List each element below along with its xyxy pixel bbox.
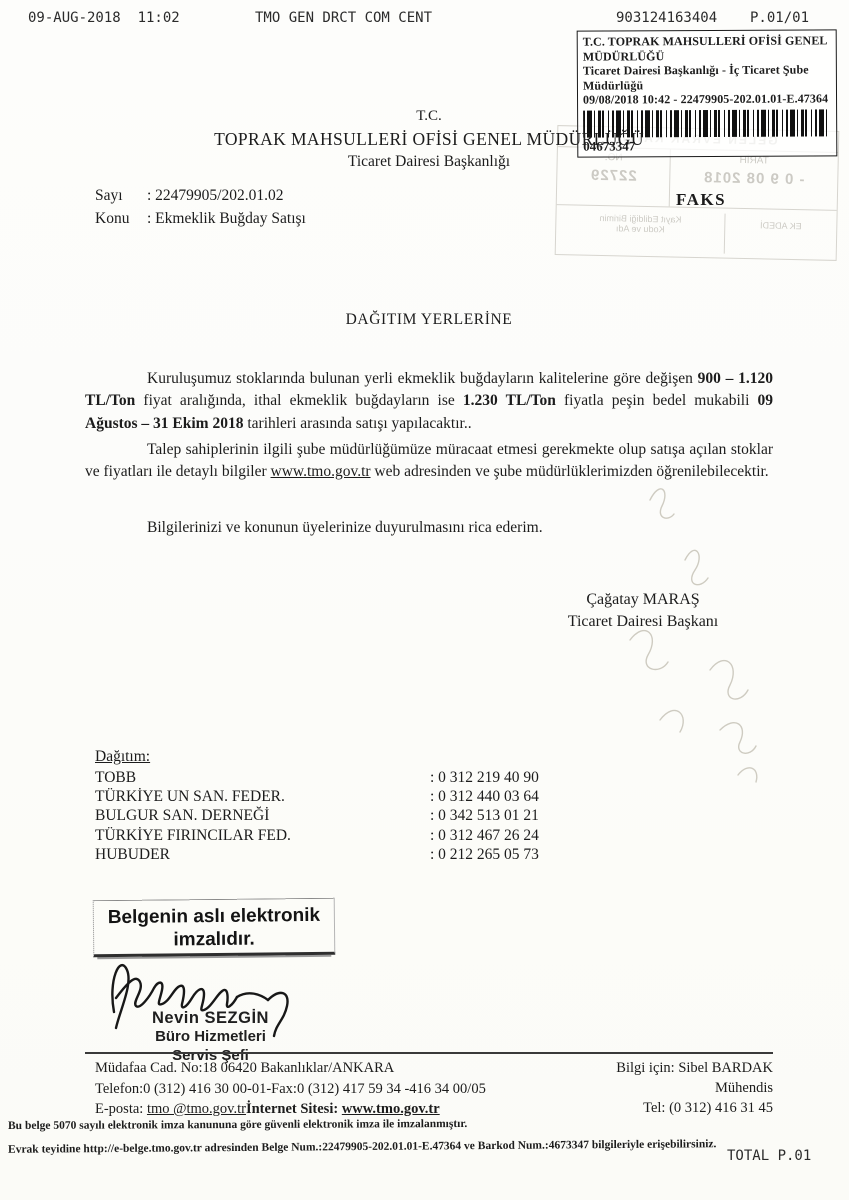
footer-email-line: E-posta: tmo @tmo.gov.trİnternet Sitesi:… [95,1099,486,1120]
footer-contact-person: Bilgi için: Sibel BARDAK [500,1058,773,1078]
faks-label: FAKS [676,190,726,210]
p1-text-2: fiyat aralığında, ithal ekmeklik buğdayl… [143,392,454,409]
recipient-name: HUBUDER [95,845,430,864]
recipient-phone: : 0 312 467 26 24 [430,826,539,845]
fax-sender-id: TMO GEN DRCT COM CENT [255,10,432,26]
distribution-row: BULGUR SAN. DERNEĞİ : 0 342 513 01 21 [95,806,539,825]
p1-text-1: Kuruluşumuz stoklarında bulunan yerli ek… [147,370,693,387]
distribution-row: TÜRKİYE UN SAN. FEDER. : 0 312 440 03 64 [95,787,539,806]
footer-contact-right: Bilgi için: Sibel BARDAK Mühendis Tel: (… [500,1058,773,1118]
letterhead-tc: T.C. [85,106,773,127]
fax-document-page: 09-AUG-2018 11:02 TMO GEN DRCT COM CENT … [0,0,849,1200]
konu-value: : Ekmeklik Buğday Satışı [147,207,306,230]
footer-site-link: www.tmo.gov.tr [342,1101,440,1117]
letterhead-org: TOPRAK MAHSULLERİ OFİSİ GENEL MÜDÜRLÜĞÜ [85,127,773,151]
sayi-value: : 22479905/202.01.02 [147,184,284,207]
distribution-list: Dağıtım: TOBB : 0 312 219 40 90 TÜRKİYE … [95,748,539,864]
konu-label: Konu [95,207,147,230]
letterhead-dept: Ticaret Dairesi Başkanlığı [85,151,773,173]
distribution-heading: Dağıtım: [95,748,539,766]
footer-phone: Telefon:0 (312) 416 30 00-01-Fax:0 (312)… [95,1079,486,1100]
recipient-phone: : 0 212 265 05 73 [430,845,539,864]
ghost-stamp-ek-cell: EK ADEDİ [724,214,837,256]
recipient-phone: : 0 342 513 01 21 [430,806,539,825]
clerk-block: Nevin SEZGİN Büro Hizmetleri Servis Şefi [118,1008,303,1065]
fax-number: 903124163404 [616,10,717,26]
recipient-name: TÜRKİYE UN SAN. FEDER. [95,787,430,806]
estamp-line1: Belgenin aslı elektronik [94,904,334,930]
footer-address: Müdafaa Cad. No:18 06420 Bakanlıklar/ANK… [95,1058,486,1079]
p1-text-3: fiyatla peşin bedel mukabili [564,392,749,409]
legal-note-2: Evrak teyidine http://e-belge.tmo.gov.tr… [8,1138,716,1156]
clerk-role1: Büro Hizmetleri [118,1028,303,1047]
fax-total-pages: TOTAL P.01 [727,1148,811,1164]
footer-divider [85,1052,773,1054]
fax-page-count: P.01/01 [750,10,809,26]
document-meta: Sayı : 22479905/202.01.02 Konu : Ekmekli… [95,184,306,230]
recipient-name: BULGUR SAN. DERNEĞİ [95,806,430,825]
p2-text-2: web adresinden ve şube müdürlüklerimizde… [374,463,768,480]
stamp-org-line: T.C. TOPRAK MAHSULLERİ OFİSİ GENEL MÜDÜR… [583,33,831,63]
letterhead: T.C. TOPRAK MAHSULLERİ OFİSİ GENEL MÜDÜR… [85,106,773,173]
footer-contact-left: Müdafaa Cad. No:18 06420 Bakanlıklar/ANK… [95,1058,486,1120]
paragraph-prices: Kuruluşumuz stoklarında bulunan yerli ek… [85,368,773,436]
paragraph-closing: Bilgilerinizi ve konunun üyelerinize duy… [85,517,773,540]
stamp-dept-line: Ticaret Dairesi Başkanlığı - İç Ticaret … [583,62,831,92]
ghost-stamp-birim-cell: Kayıt Edildiği Birimin Kodu ve Adı [556,210,725,254]
stamp-ref-line: 09/08/2018 10:42 - 22479905-202.01.01-E.… [583,91,831,107]
distribution-row: TÜRKİYE FIRINCILAR FED. : 0 312 467 26 2… [95,826,539,845]
footer-contact-title: Mühendis [500,1078,773,1098]
clerk-name: Nevin SEZGİN [118,1008,303,1028]
paragraph-application: Talep sahiplerinin ilgili şube müdürlüğü… [85,439,773,484]
distribution-row: HUBUDER : 0 212 265 05 73 [95,845,539,864]
electronic-signature-stamp: Belgenin aslı elektronik imzalıdır. [93,898,336,958]
signer-title: Ticaret Dairesi Başkanı [528,611,758,633]
salutation: DAĞITIM YERLERİNE [85,311,773,329]
distribution-row: TOBB : 0 312 219 40 90 [95,768,539,787]
recipient-phone: : 0 312 440 03 64 [430,787,539,806]
footer-site-label: İnternet Sitesi: [246,1101,342,1117]
fax-datetime: 09-AUG-2018 11:02 [28,10,180,26]
recipient-phone: : 0 312 219 40 90 [430,768,539,787]
p1-text-4: tarihleri arasında satışı yapılacaktır.. [247,415,471,432]
sayi-label: Sayı [95,184,147,207]
legal-note-1: Bu belge 5070 sayılı elektronik imza kan… [8,1118,467,1132]
estamp-line2: imzalıdır. [94,927,334,953]
footer-email-label: E-posta: [95,1101,143,1117]
signer-name: Çağatay MARAŞ [528,589,758,611]
p2-website-link: www.tmo.gov.tr [271,463,371,480]
signer-block: Çağatay MARAŞ Ticaret Dairesi Başkanı [528,589,758,633]
p1-import-price: 1.230 TL/Ton [463,392,556,409]
footer-email: tmo @tmo.gov.tr [147,1101,246,1117]
recipient-name: TÜRKİYE FIRINCILAR FED. [95,826,430,845]
footer-contact-tel: Tel: (0 312) 416 31 45 [500,1098,773,1118]
recipient-name: TOBB [95,768,430,787]
